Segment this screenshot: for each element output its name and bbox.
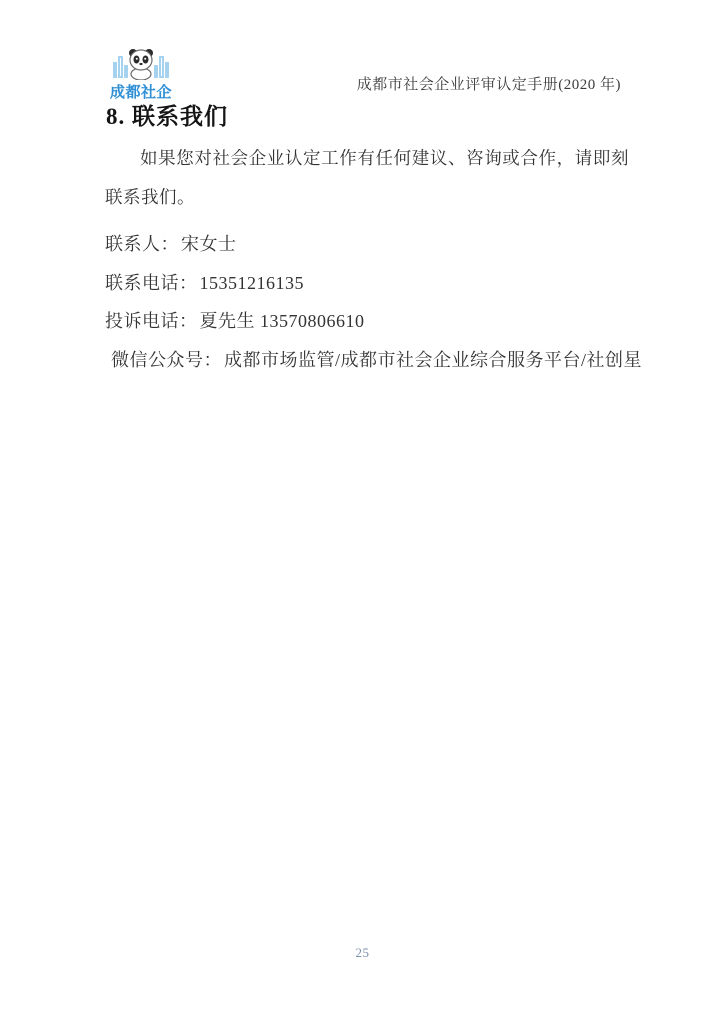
complaint-phone-value: 夏先生 13570806610: [200, 311, 365, 331]
contact-phone-value: 15351216135: [200, 273, 305, 293]
wechat-account-label: 微信公众号：: [111, 350, 222, 370]
header-title: 成都市社会企业评审认定手册(2020 年): [357, 73, 621, 94]
contact-person-label: 联系人：: [105, 234, 179, 254]
intro-paragraph: 如果您对社会企业认定工作有任何建议、咨询或合作，请即刻联系我们。: [105, 139, 629, 217]
wechat-account-row: 微信公众号：成都市场监管/成都市社会企业综合服务平台/社创星: [105, 350, 645, 370]
complaint-phone-row: 投诉电话：夏先生 13570806610: [105, 311, 645, 331]
contact-person-value: 宋女士: [181, 234, 237, 254]
page-footer: 25: [0, 944, 725, 962]
contact-list: 联系人：宋女士 联系电话：15351216135 投诉电话：夏先生 135708…: [105, 234, 645, 388]
contact-phone-label: 联系电话：: [105, 273, 198, 293]
contact-person-row: 联系人：宋女士: [105, 234, 645, 254]
wechat-account-value: 成都市场监管/成都市社会企业综合服务平台/社创星: [224, 350, 642, 370]
panda-skyline-icon: [110, 48, 172, 80]
section-heading: 8. 联系我们: [106, 98, 228, 131]
logo: 成都社企: [106, 48, 176, 102]
contact-phone-row: 联系电话：15351216135: [105, 273, 645, 293]
complaint-phone-label: 投诉电话：: [105, 311, 198, 331]
document-page: 成都社企 成都市社会企业评审认定手册(2020 年) 8. 联系我们 如果您对社…: [0, 0, 725, 1024]
page-number: 25: [356, 945, 370, 960]
